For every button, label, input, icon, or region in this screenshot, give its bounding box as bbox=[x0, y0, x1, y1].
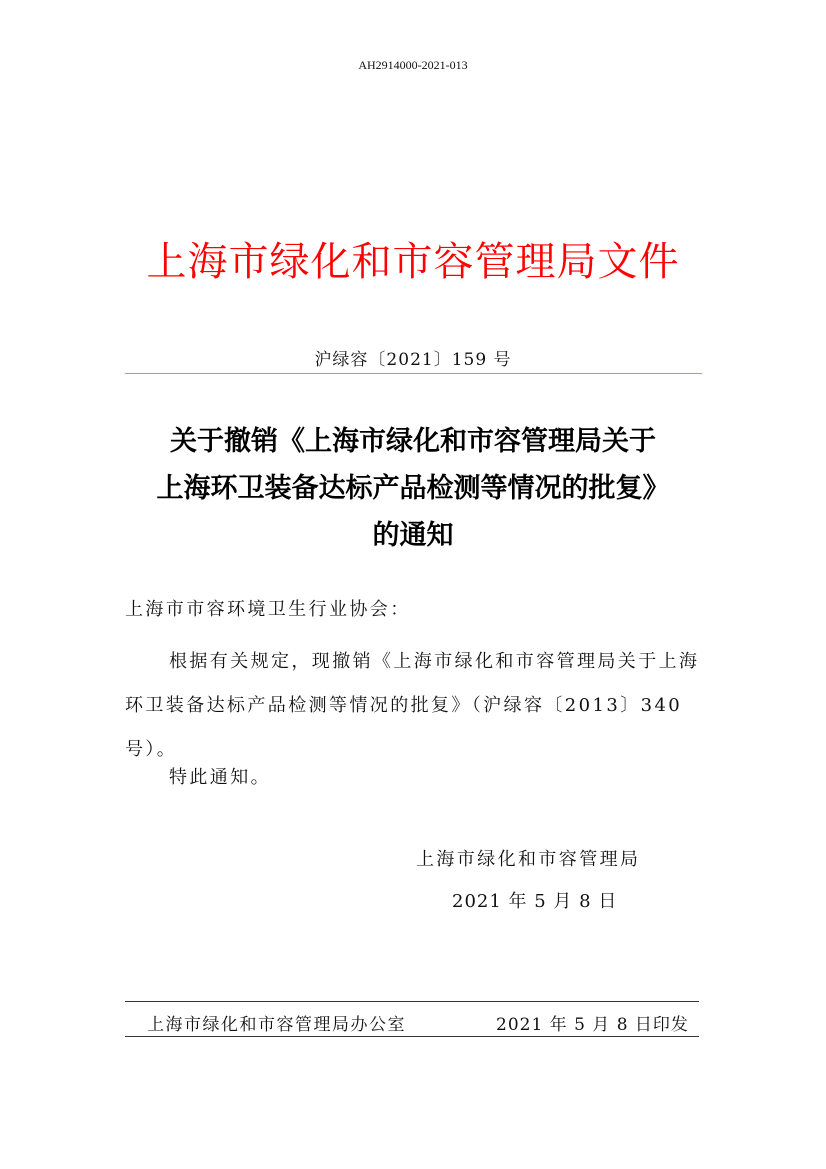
footer-bottom-rule bbox=[125, 1036, 699, 1037]
subject-line-2: 上海环卫装备达标产品检测等情况的批复》 bbox=[112, 465, 714, 512]
body-paragraph: 根据有关规定，现撤销《上海市绿化和市容管理局关于上海环卫装备达标产品检测等情况的… bbox=[125, 640, 707, 772]
signature-date: 2021 年 5 月 8 日 bbox=[452, 888, 617, 916]
footer-issue-date: 2021 年 5 月 8 日印发 bbox=[496, 1010, 689, 1035]
subject-line-1: 关于撤销《上海市绿化和市容管理局关于 bbox=[112, 418, 714, 465]
signature-organization: 上海市绿化和市容管理局 bbox=[416, 846, 640, 874]
subject-line-3: 的通知 bbox=[112, 512, 714, 559]
subject-title: 关于撤销《上海市绿化和市容管理局关于 上海环卫装备达标产品检测等情况的批复》 的… bbox=[112, 418, 714, 559]
header-title: 上海市绿化和市容管理局文件 bbox=[0, 232, 826, 292]
addressee: 上海市市容环境卫生行业协会： bbox=[125, 596, 411, 624]
footer-issuer: 上海市绿化和市容管理局办公室 bbox=[147, 1010, 406, 1035]
document-number: 沪绿容〔2021〕159 号 bbox=[0, 345, 826, 370]
footer-top-rule bbox=[125, 1001, 699, 1002]
body-paragraph-text: 根据有关规定，现撤销《上海市绿化和市容管理局关于上海环卫装备达标产品检测等情况的… bbox=[125, 651, 699, 760]
red-divider bbox=[125, 373, 702, 374]
document-id: AH2914000-2021-013 bbox=[0, 58, 826, 73]
closing-text: 特此通知。 bbox=[169, 764, 271, 792]
